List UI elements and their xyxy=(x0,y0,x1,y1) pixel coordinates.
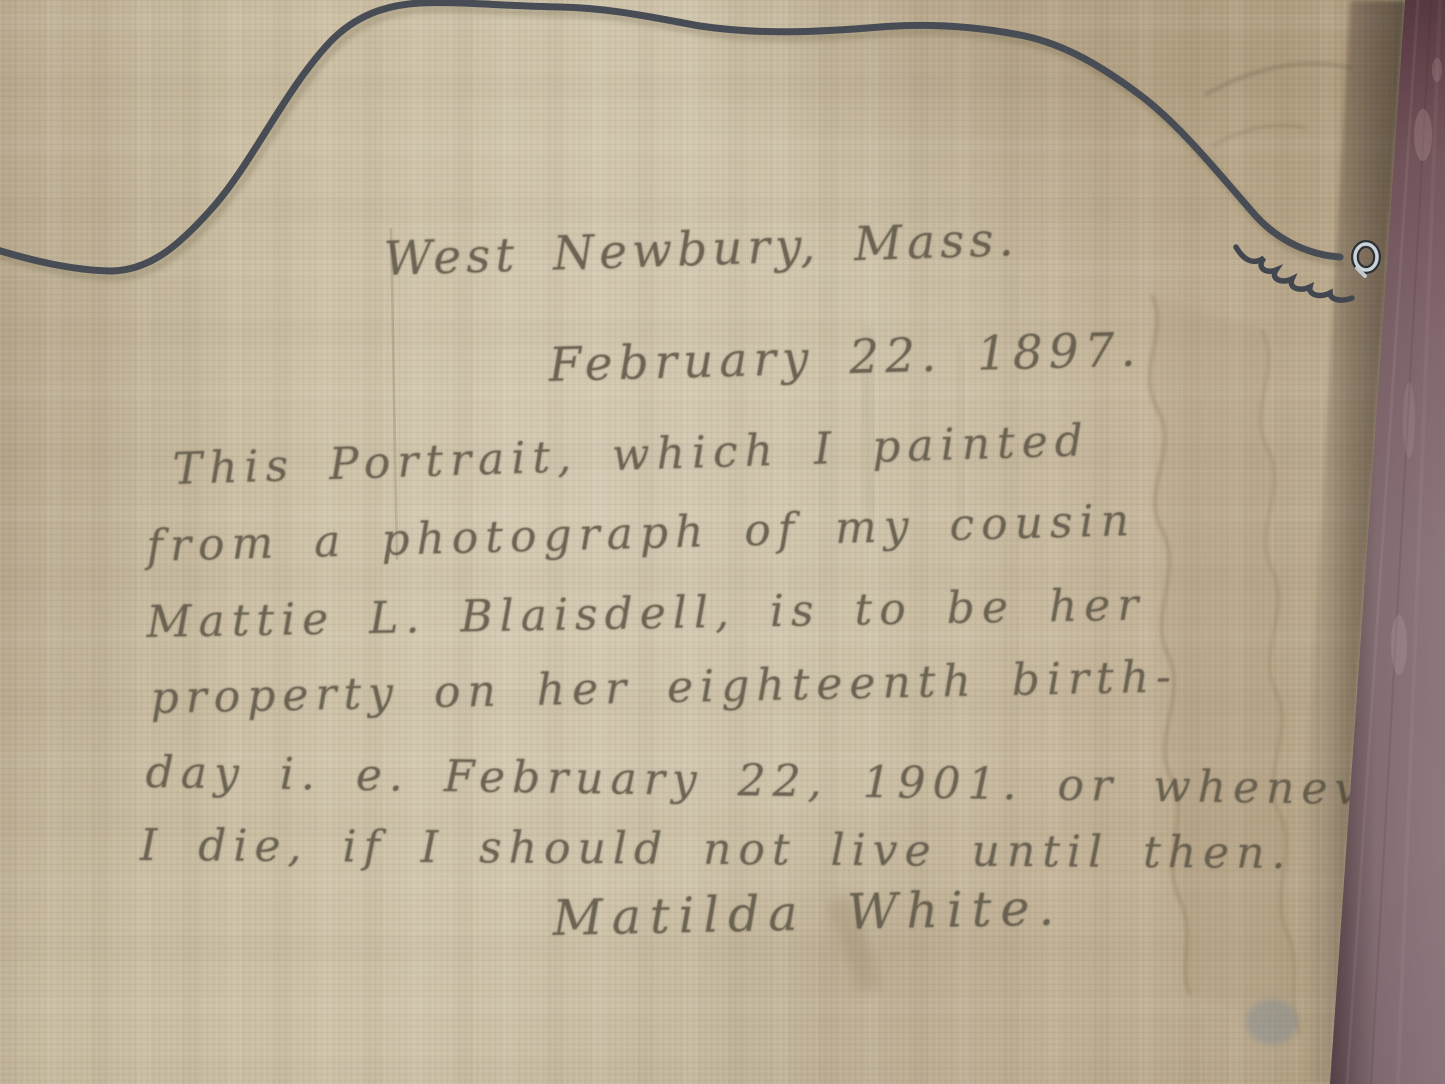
painting-back-photo: West Newbury, Mass. February 22. 1897. T… xyxy=(0,0,1445,1084)
hanging-hardware xyxy=(0,0,1445,1084)
wire-shadow xyxy=(0,9,1344,277)
